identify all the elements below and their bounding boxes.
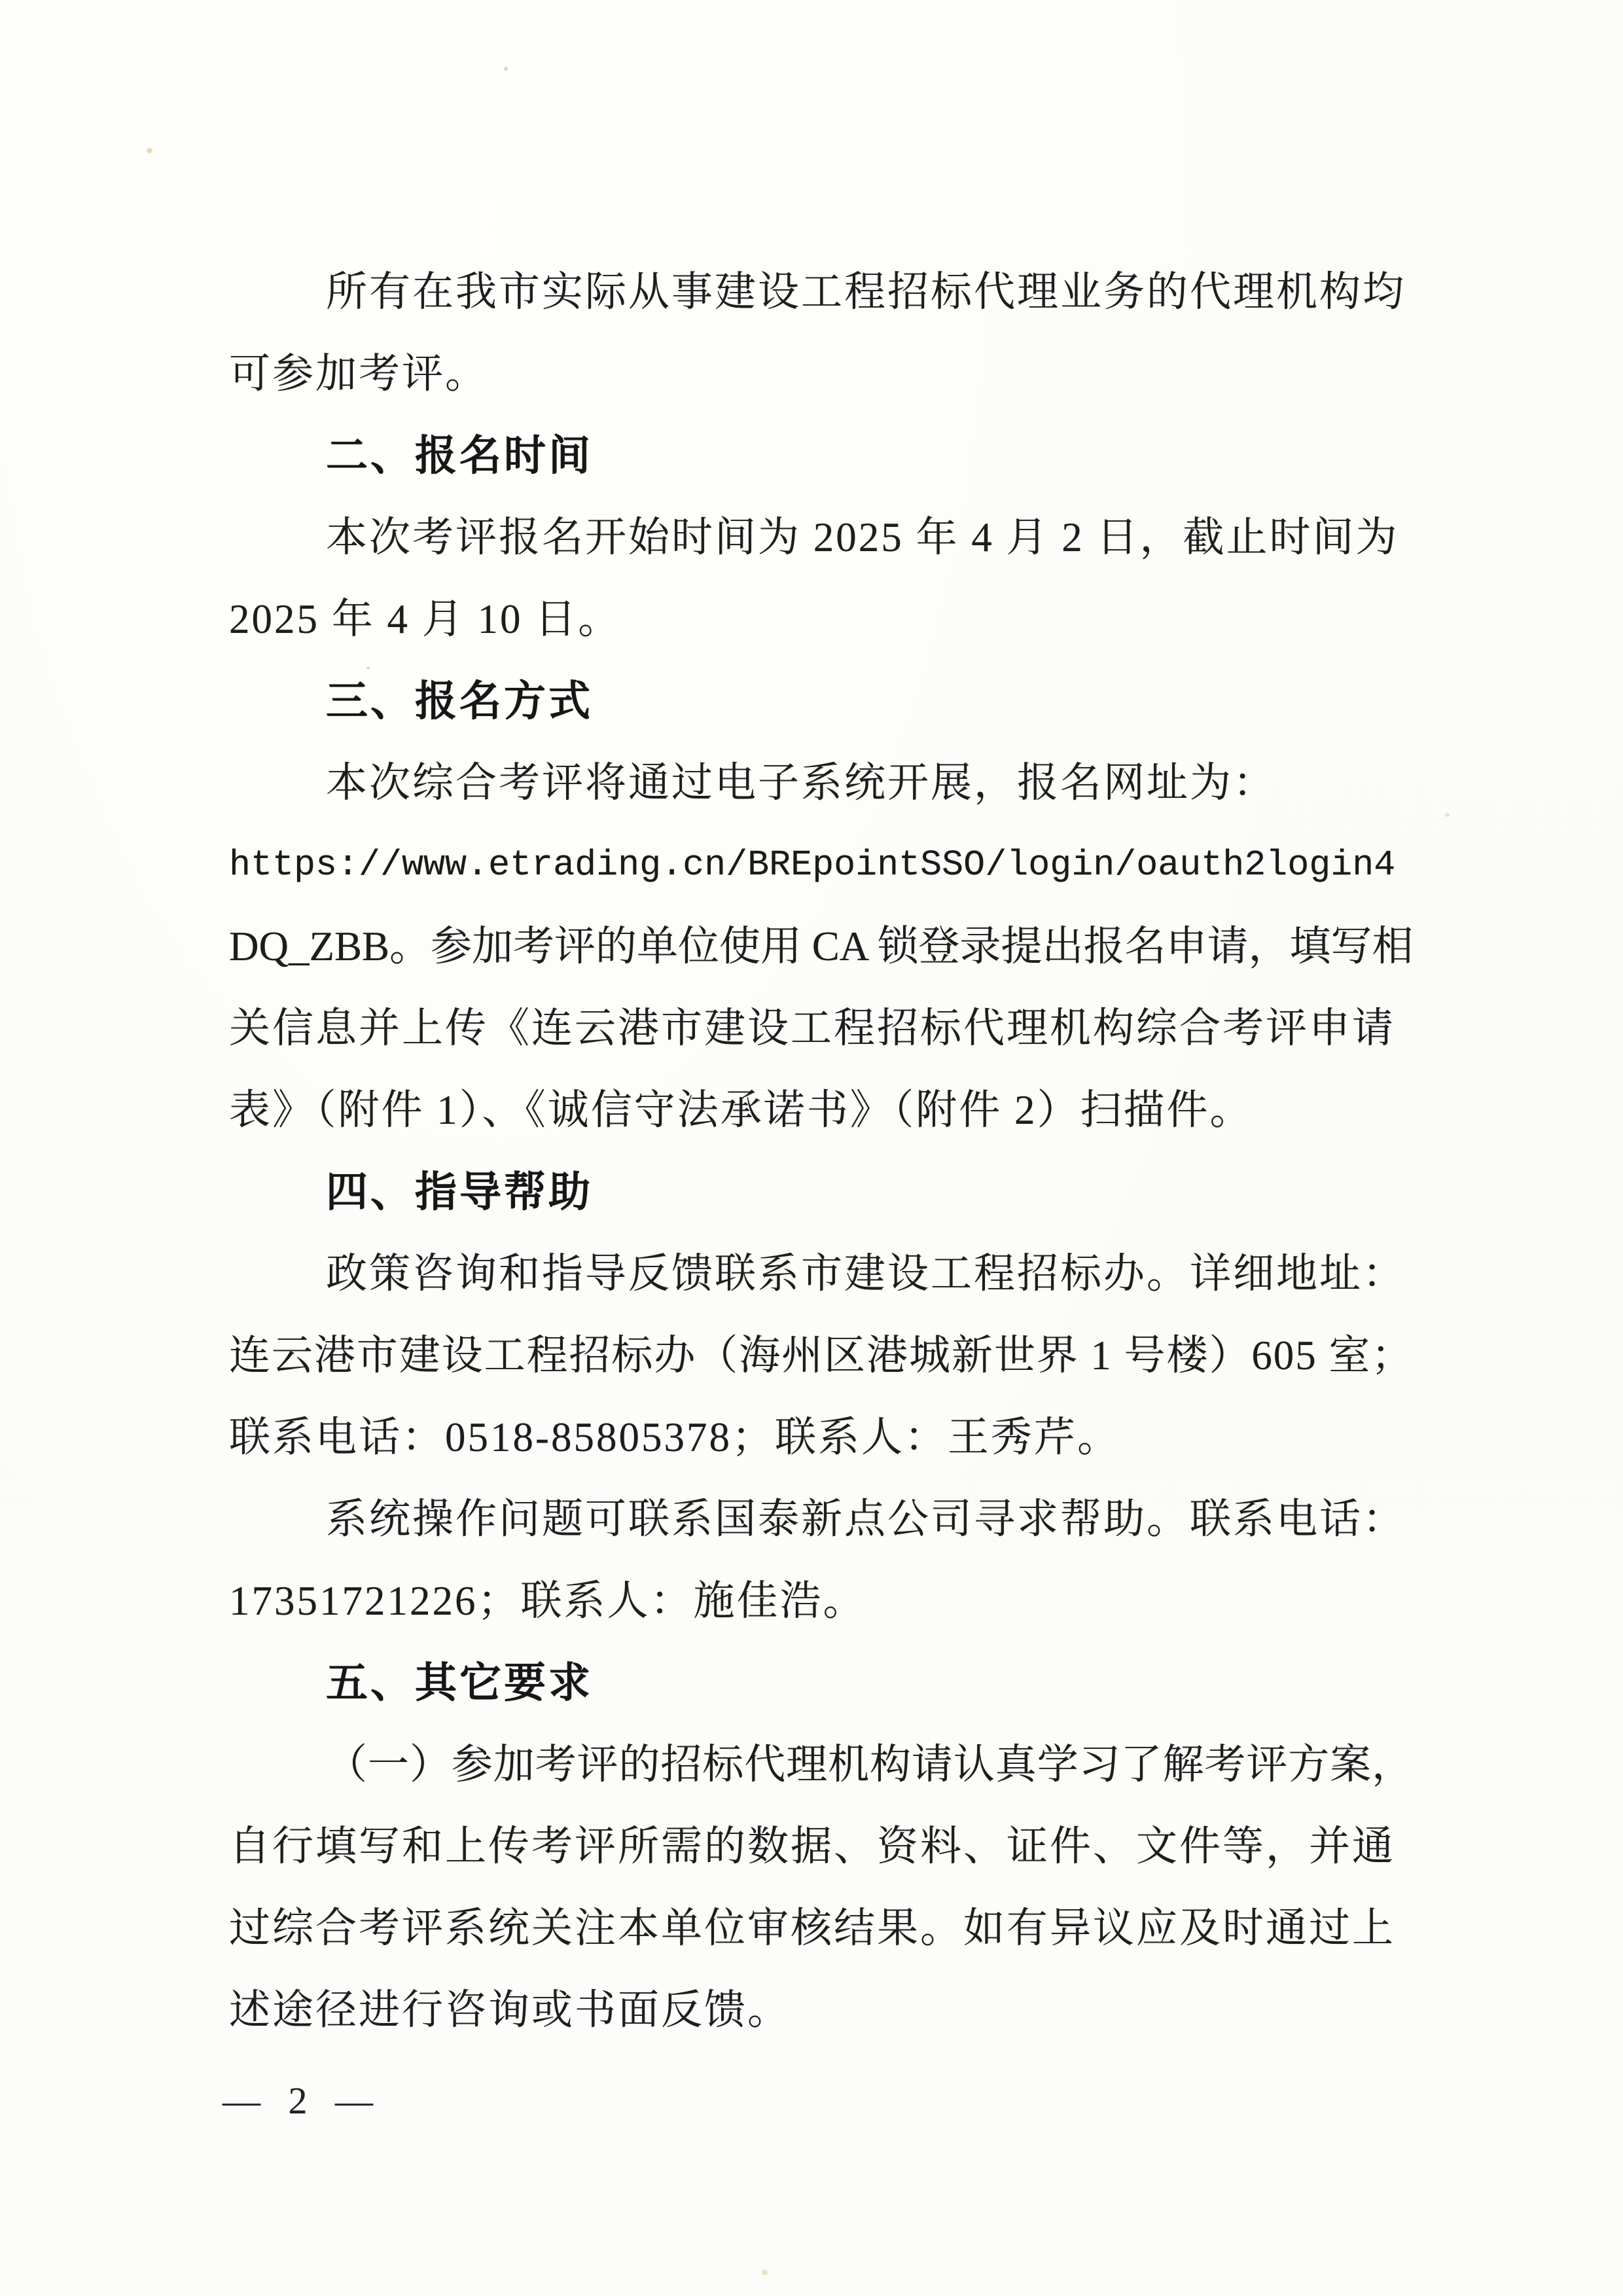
scan-speck xyxy=(504,67,508,71)
text-line: （一）参加考评的招标代理机构请认真学习了解考评方案， xyxy=(229,1724,1414,1806)
text-line: 2025 年 4 月 10 日。 xyxy=(229,579,1414,660)
scan-speck xyxy=(1445,813,1450,817)
document-body: 所有在我市实际从事建设工程招标代理业务的代理机构均可参加考评。二、报名时间本次考… xyxy=(229,251,1414,2051)
text-line: 所有在我市实际从事建设工程招标代理业务的代理机构均 xyxy=(229,251,1414,333)
url-line: https://www.etrading.cn/BREpointSSO/logi… xyxy=(229,824,1414,906)
text-line: 自行填写和上传考评所需的数据、资料、证件、文件等，并通 xyxy=(229,1806,1414,1888)
section-heading: 二、报名时间 xyxy=(229,415,1414,497)
text-line: 政策咨询和指导反馈联系市建设工程招标办。详细地址： xyxy=(229,1233,1414,1315)
section-heading: 四、指导帮助 xyxy=(229,1151,1414,1233)
scan-speck xyxy=(147,148,152,153)
text-line: DQ_ZBB。参加考评的单位使用 CA 锁登录提出报名申请，填写相 xyxy=(229,906,1414,988)
text-line: 可参加考评。 xyxy=(229,333,1414,415)
scan-speck xyxy=(762,2270,768,2275)
page-number: — 2 — xyxy=(223,2068,382,2134)
text-line: 关信息并上传《连云港市建设工程招标代理机构综合考评申请 xyxy=(229,988,1414,1069)
section-heading: 三、报名方式 xyxy=(229,660,1414,742)
text-line: 本次考评报名开始时间为 2025 年 4 月 2 日，截止时间为 xyxy=(229,497,1414,579)
text-line: 系统操作问题可联系国泰新点公司寻求帮助。联系电话： xyxy=(229,1479,1414,1560)
text-line: 述途径进行咨询或书面反馈。 xyxy=(229,1969,1414,2051)
text-line: 连云港市建设工程招标办（海州区港城新世界 1 号楼）605 室； xyxy=(229,1315,1414,1397)
document-page: 所有在我市实际从事建设工程招标代理业务的代理机构均可参加考评。二、报名时间本次考… xyxy=(0,0,1623,2296)
text-line: 表》（附件 1）、《诚信守法承诺书》（附件 2）扫描件。 xyxy=(229,1069,1414,1151)
text-line: 17351721226；联系人：施佳浩。 xyxy=(229,1560,1414,1642)
text-line: 联系电话：0518-85805378；联系人：王秀芹。 xyxy=(229,1397,1414,1479)
text-line: 过综合考评系统关注本单位审核结果。如有异议应及时通过上 xyxy=(229,1888,1414,1969)
section-heading: 五、其它要求 xyxy=(229,1642,1414,1724)
text-line: 本次综合考评将通过电子系统开展，报名网址为： xyxy=(229,742,1414,824)
